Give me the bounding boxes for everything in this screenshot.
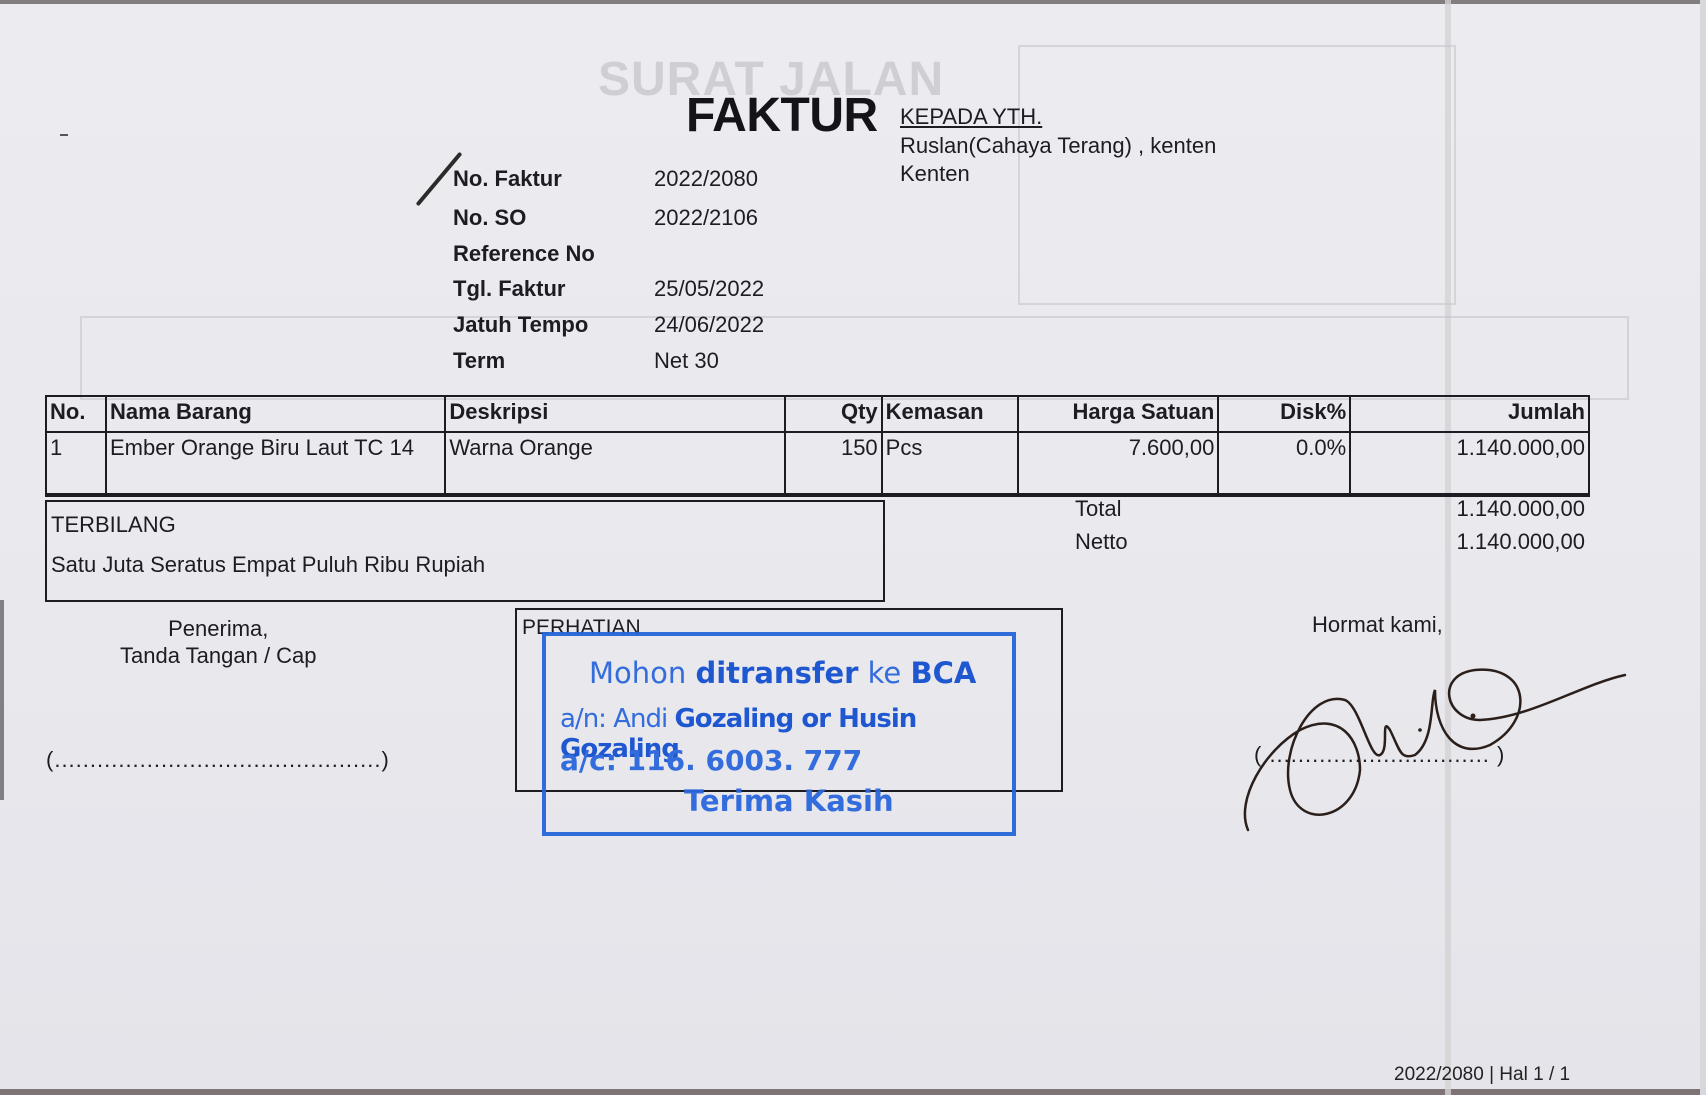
table-header-row: No. Nama Barang Deskripsi Qty Kemasan Ha… — [46, 396, 1589, 432]
cell-deskripsi: Warna Orange — [445, 432, 784, 495]
terbilang-title: TERBILANG — [51, 512, 176, 538]
terbilang-text: Satu Juta Seratus Empat Puluh Ribu Rupia… — [51, 552, 485, 578]
receiver-label: Penerima, — [120, 615, 317, 642]
recipient-label: KEPADA YTH. — [900, 104, 1042, 130]
invoice-paper: SURAT JALAN FAKTUR KEPADA YTH. Ruslan(Ca… — [0, 0, 1706, 1095]
netto-label: Netto — [1075, 529, 1128, 555]
cell-nama-barang: Ember Orange Biru Laut TC 14 — [106, 432, 445, 495]
meta-label-no-so: No. SO — [453, 205, 526, 231]
document-title: FAKTUR — [686, 88, 878, 143]
meta-label-term: Term — [453, 348, 505, 374]
meta-value-jatuh-tempo: 24/06/2022 — [654, 312, 764, 338]
cell-no: 1 — [46, 432, 106, 495]
ghost-table — [80, 316, 1629, 400]
meta-value-tgl-faktur: 25/05/2022 — [654, 276, 764, 302]
meta-value-term: Net 30 — [654, 348, 719, 374]
cell-disk: 0.0% — [1218, 432, 1350, 495]
receiver-sign-caption: Tanda Tangan / Cap — [120, 642, 317, 669]
recipient-name: Ruslan(Cahaya Terang) , kenten — [900, 133, 1216, 159]
receiver-block: Penerima, Tanda Tangan / Cap — [120, 615, 317, 669]
ghost-kepada-box — [1018, 45, 1456, 305]
table-row: 1 Ember Orange Biru Laut TC 14 Warna Ora… — [46, 432, 1589, 495]
paper-edge-right — [1700, 0, 1706, 1095]
stamp-text: ditransfer — [695, 656, 858, 690]
meta-value-no-faktur: 2022/2080 — [654, 166, 758, 192]
col-header-disk: Disk% — [1218, 396, 1350, 432]
paper-edge-left — [0, 600, 4, 800]
col-header-kemasan: Kemasan — [882, 396, 1018, 432]
meta-value-no-so: 2022/2106 — [654, 205, 758, 231]
col-header-deskripsi: Deskripsi — [445, 396, 784, 432]
stamp-text: Mohon — [589, 656, 695, 690]
cell-qty: 150 — [785, 432, 882, 495]
total-value: 1.140.000,00 — [1457, 496, 1585, 522]
col-header-no: No. — [46, 396, 106, 432]
terbilang-box: TERBILANG Satu Juta Seratus Empat Puluh … — [45, 500, 885, 602]
col-header-harga-satuan: Harga Satuan — [1018, 396, 1219, 432]
meta-label-jatuh-tempo: Jatuh Tempo — [453, 312, 588, 338]
col-header-jumlah: Jumlah — [1350, 396, 1589, 432]
recipient-city: Kenten — [900, 161, 970, 187]
page-footer: 2022/2080 | Hal 1 / 1 — [1394, 1064, 1570, 1086]
meta-label-no-faktur: No. Faktur — [453, 166, 562, 192]
items-table: No. Nama Barang Deskripsi Qty Kemasan Ha… — [45, 395, 1590, 497]
stamp-text: a/n: Andi — [560, 704, 674, 734]
stamp-line-thanks: Terima Kasih — [684, 784, 894, 818]
cell-jumlah: 1.140.000,00 — [1350, 432, 1589, 495]
meta-label-reference: Reference No — [453, 241, 595, 267]
bank-transfer-stamp: Mohon ditransfer ke BCA a/n: Andi Gozali… — [542, 632, 1016, 836]
handwritten-signature-icon — [1230, 630, 1630, 840]
stamp-line-transfer: Mohon ditransfer ke BCA — [589, 656, 976, 690]
cell-kemasan: Pcs — [882, 432, 1018, 495]
netto-value: 1.140.000,00 — [1457, 529, 1585, 555]
stamp-text: BCA — [910, 656, 976, 690]
stamp-line-account-number: a/c: 116. 6003. 777 — [560, 744, 862, 777]
col-header-nama-barang: Nama Barang — [106, 396, 445, 432]
total-label: Total — [1075, 496, 1121, 522]
meta-label-tgl-faktur: Tgl. Faktur — [453, 276, 565, 302]
receiver-signature-line: (.......................................… — [46, 747, 390, 773]
margin-mark — [60, 134, 68, 136]
col-header-qty: Qty — [785, 396, 882, 432]
stamp-text: ke — [858, 656, 910, 690]
cell-harga-satuan: 7.600,00 — [1018, 432, 1219, 495]
